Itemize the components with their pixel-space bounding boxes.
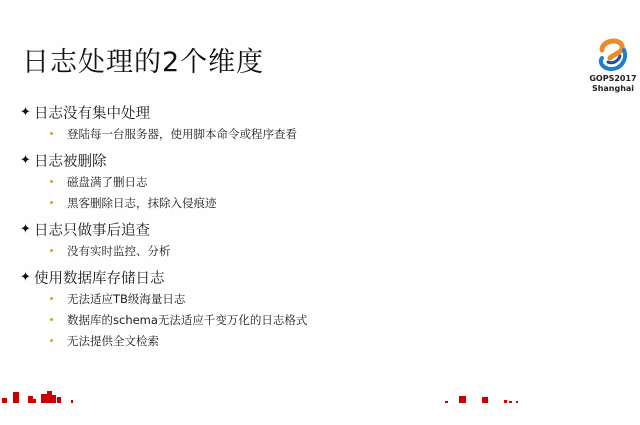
red-skyline-decoration — [0, 383, 640, 403]
four-point-star-icon: ✦ — [20, 222, 34, 237]
section-item: 登陆每一台服务器，使用脚本命令或程序查看 — [67, 126, 297, 142]
bullet-dot-icon — [48, 247, 55, 254]
section-3: ✦日志只做事后追查 没有实时监控、分析 — [20, 219, 580, 261]
gops-swirl-icon — [594, 36, 632, 74]
section-item: 数据库的schema无法适应千变万化的日志格式 — [67, 312, 307, 328]
slide: 日志处理的2个维度 GOPS2017 Shanghai ✦日志没有集中处理 登陆… — [0, 0, 640, 425]
section-item: 没有实时监控、分析 — [67, 243, 171, 259]
slide-title: 日志处理的2个维度 — [22, 40, 264, 79]
section-4: ✦使用数据库存储日志 无法适应TB级海量日志 数据库的schema无法适应千变万… — [20, 267, 580, 351]
bullet-dot-icon — [48, 316, 55, 323]
four-point-star-icon: ✦ — [20, 270, 34, 285]
bullet-dot-icon — [48, 178, 55, 185]
section-heading: 使用数据库存储日志 — [34, 267, 165, 288]
bullet-dot-icon — [48, 295, 55, 302]
bullet-list: ✦日志没有集中处理 登陆每一台服务器，使用脚本命令或程序查看 ✦日志被删除 磁盘… — [20, 98, 580, 357]
section-item: 黑客删除日志，抹除入侵痕迹 — [67, 195, 217, 211]
logo-event: GOPS2017 — [588, 74, 638, 84]
logo-city: Shanghai — [588, 84, 638, 94]
section-1: ✦日志没有集中处理 登陆每一台服务器，使用脚本命令或程序查看 — [20, 102, 580, 144]
bullet-dot-icon — [48, 337, 55, 344]
section-item: 无法适应TB级海量日志 — [67, 291, 185, 307]
gops-logo: GOPS2017 Shanghai — [588, 36, 638, 94]
section-item: 磁盘满了删日志 — [67, 174, 148, 190]
section-heading: 日志只做事后追查 — [34, 219, 150, 240]
section-2: ✦日志被删除 磁盘满了删日志 黑客删除日志，抹除入侵痕迹 — [20, 150, 580, 213]
section-heading: 日志被删除 — [34, 150, 107, 171]
section-heading: 日志没有集中处理 — [34, 102, 150, 123]
bullet-dot-icon — [48, 199, 55, 206]
four-point-star-icon: ✦ — [20, 105, 34, 120]
section-item: 无法提供全文检索 — [67, 333, 159, 349]
four-point-star-icon: ✦ — [20, 153, 34, 168]
bullet-dot-icon — [48, 130, 55, 137]
